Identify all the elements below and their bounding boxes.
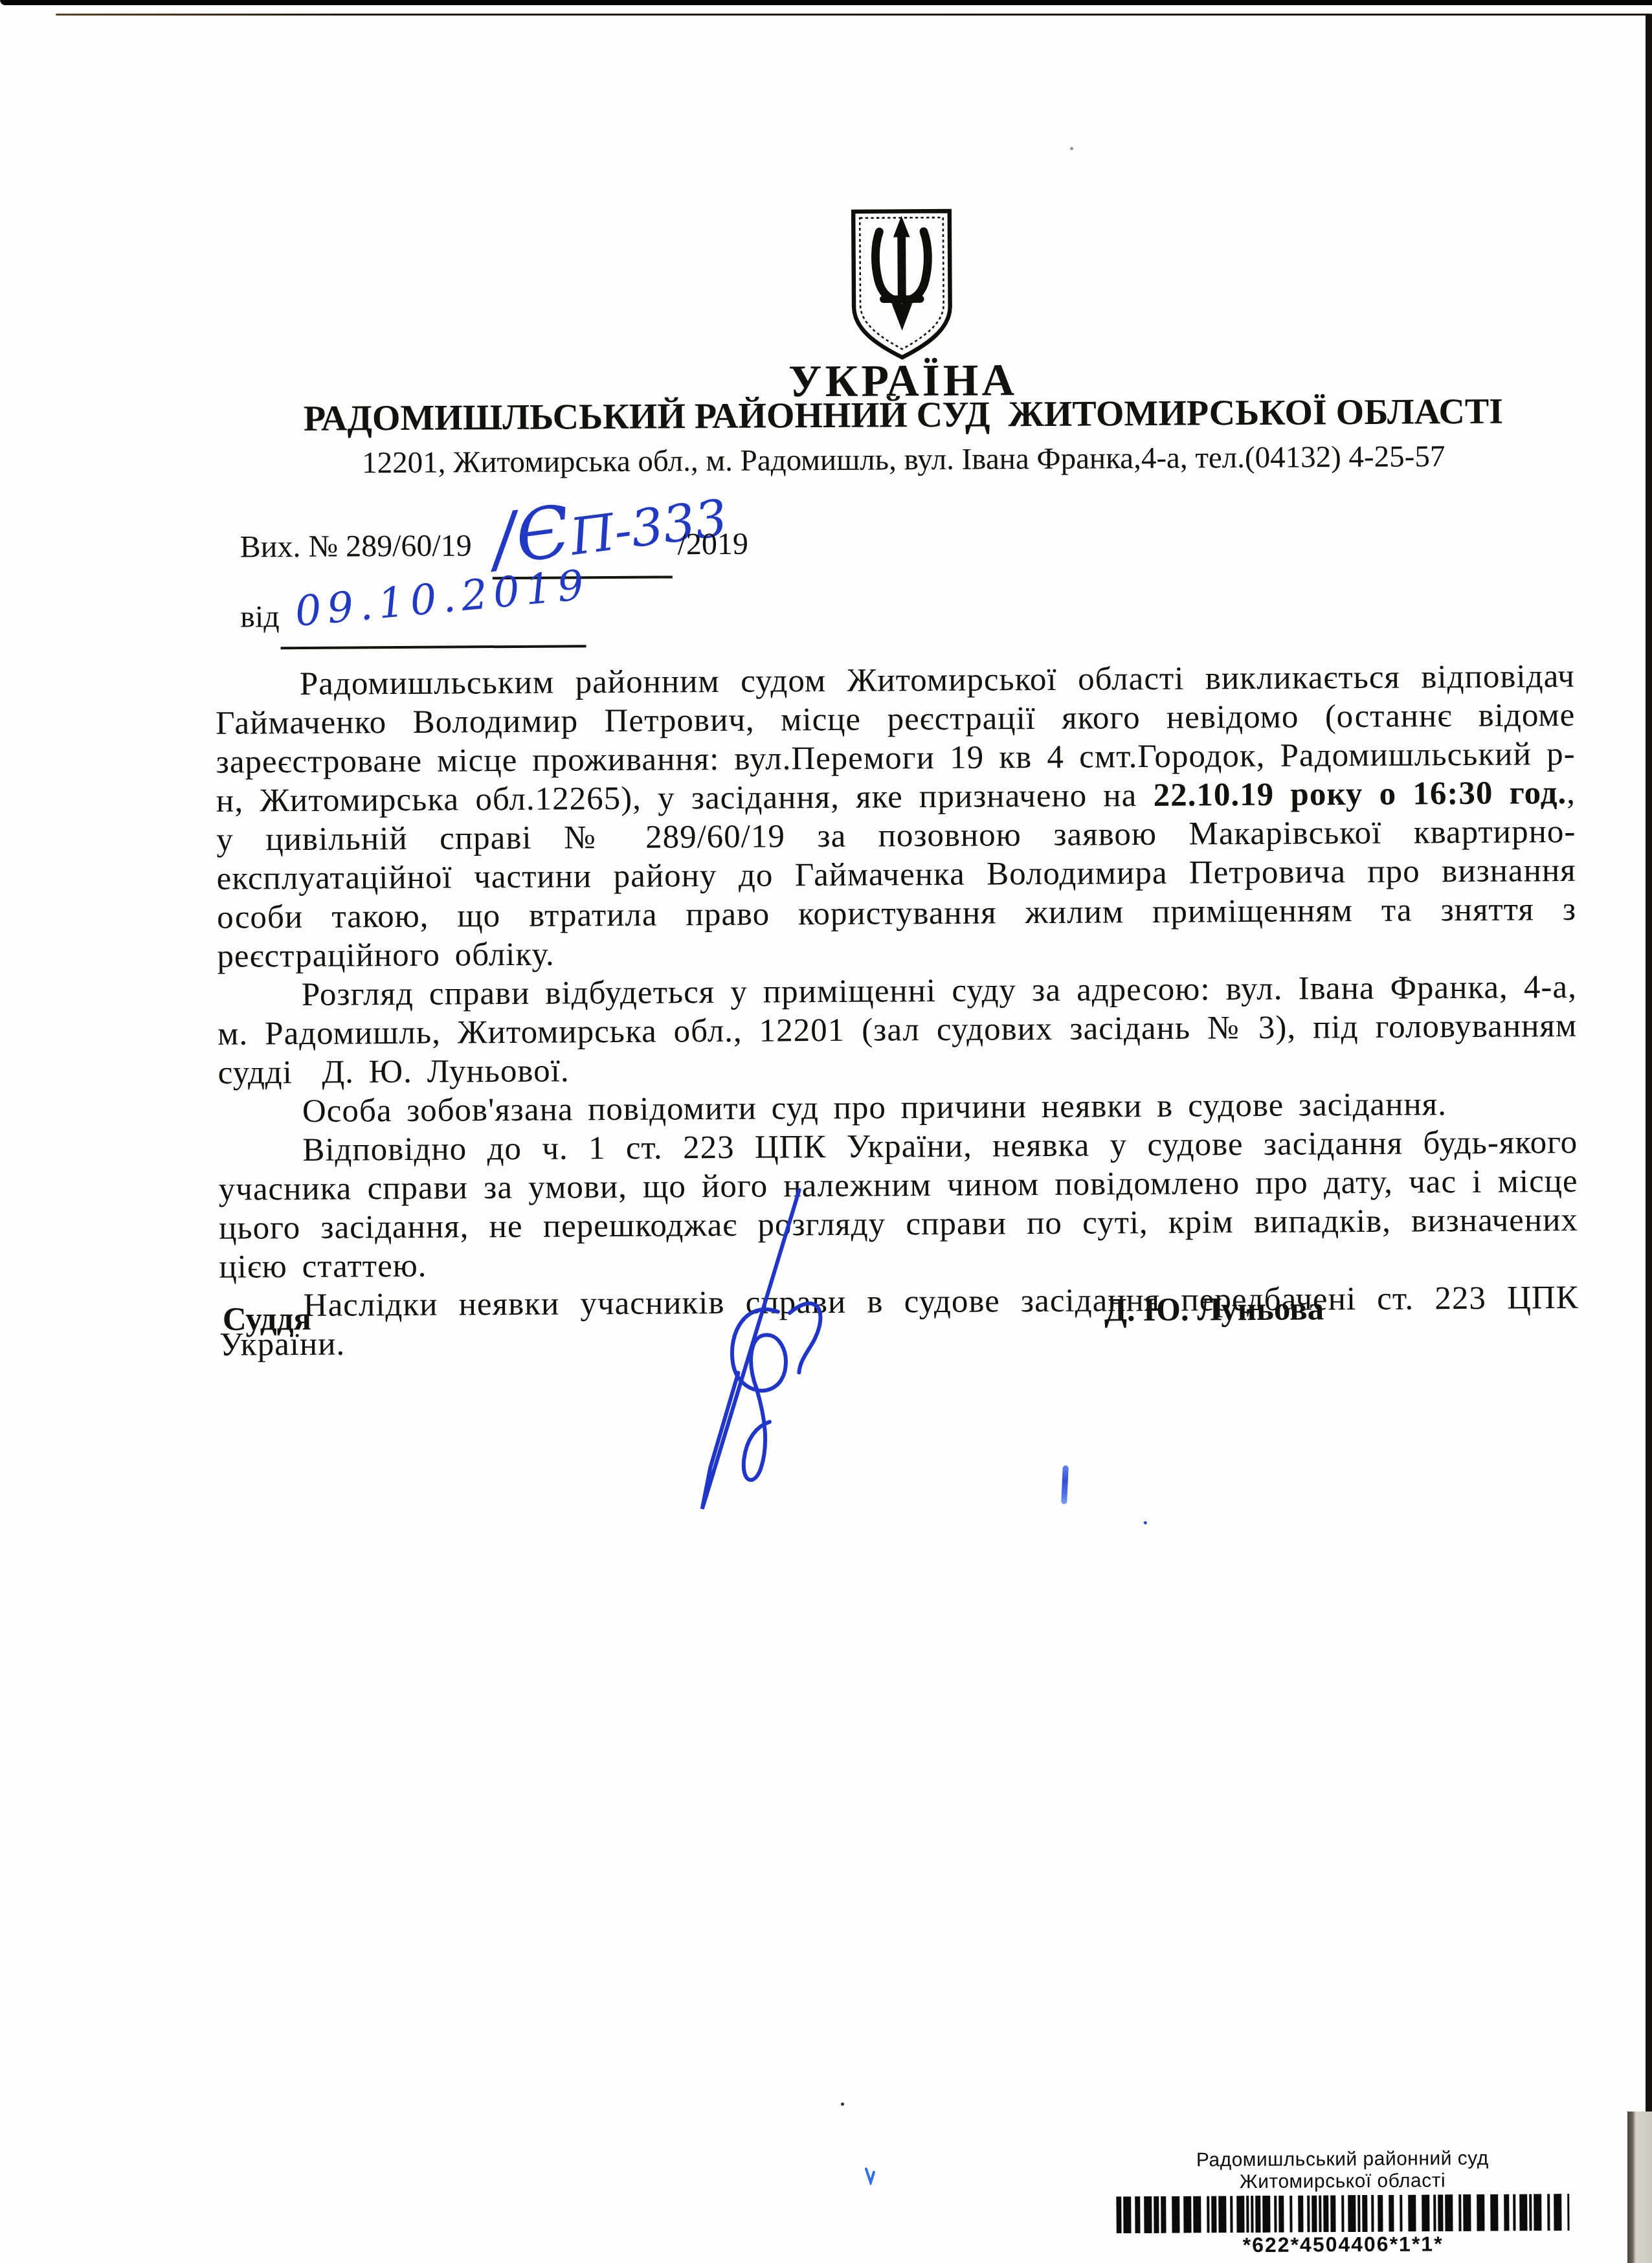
handwritten-date: 09.10.2019 xyxy=(293,561,592,636)
date-line: від 09.10.2019 xyxy=(240,599,280,634)
barcode-number: *622*4504406*1*1* xyxy=(1117,2231,1570,2258)
date-label: від xyxy=(240,599,280,634)
outgoing-number-label: Вих. № 289/60/19 xyxy=(240,528,471,564)
date-underline xyxy=(281,645,586,649)
barcode-court-line2: Житомирської області xyxy=(1116,2169,1569,2194)
court-barcode-block: Радомишльський районний суд Житомирської… xyxy=(1116,2147,1570,2258)
judge-role-label: Суддя xyxy=(223,1301,311,1338)
paragraph-summons: Радомишльським районним судом Житомирськ… xyxy=(216,657,1577,976)
ink-dot-mark xyxy=(1144,1521,1147,1524)
barcode-court-line1: Радомишльський районний суд xyxy=(1116,2147,1569,2172)
ukraine-trident-emblem-icon xyxy=(845,206,957,366)
court-address-line: 12201, Житомирська обл., м. Радомишль, в… xyxy=(159,438,1648,482)
year-suffix: /2019 xyxy=(677,526,748,563)
judge-name: Д. Ю. Луньова xyxy=(1104,1290,1324,1329)
document-content: УКРАЇНА РАДОМИШЛЬСЬКИЙ РАЙОННИЙ СУД ЖИТО… xyxy=(0,0,1652,2263)
handwritten-case-number: /ЄП-333 xyxy=(487,470,731,581)
outgoing-number-line: Вих. № 289/60/19 /ЄП-333 /2019 xyxy=(240,528,472,564)
barcode-bars xyxy=(1116,2194,1569,2233)
ink-smudge-mark xyxy=(1061,1466,1069,1504)
paragraph-law-223: Відповідно до ч. 1 ст. 223 ЦПК України, … xyxy=(218,1123,1578,1287)
paragraph-venue: Розгляд справи відбудеться у приміщенні … xyxy=(218,968,1578,1093)
judge-signature-ink xyxy=(649,1075,845,1532)
hearing-datetime: 22.10.19 року о 16:30 год. xyxy=(1154,775,1567,814)
ink-check-mark xyxy=(864,2167,880,2189)
summons-body: Радомишльським районним судом Житомирськ… xyxy=(216,657,1579,1365)
court-name-heading: РАДОМИШЛЬСЬКИЙ РАЙОННИЙ СУД ЖИТОМИРСЬКОЇ… xyxy=(159,390,1647,440)
scanned-court-summons-page: УКРАЇНА РАДОМИШЛЬСЬКИЙ РАЙОННИЙ СУД ЖИТО… xyxy=(0,0,1652,2263)
